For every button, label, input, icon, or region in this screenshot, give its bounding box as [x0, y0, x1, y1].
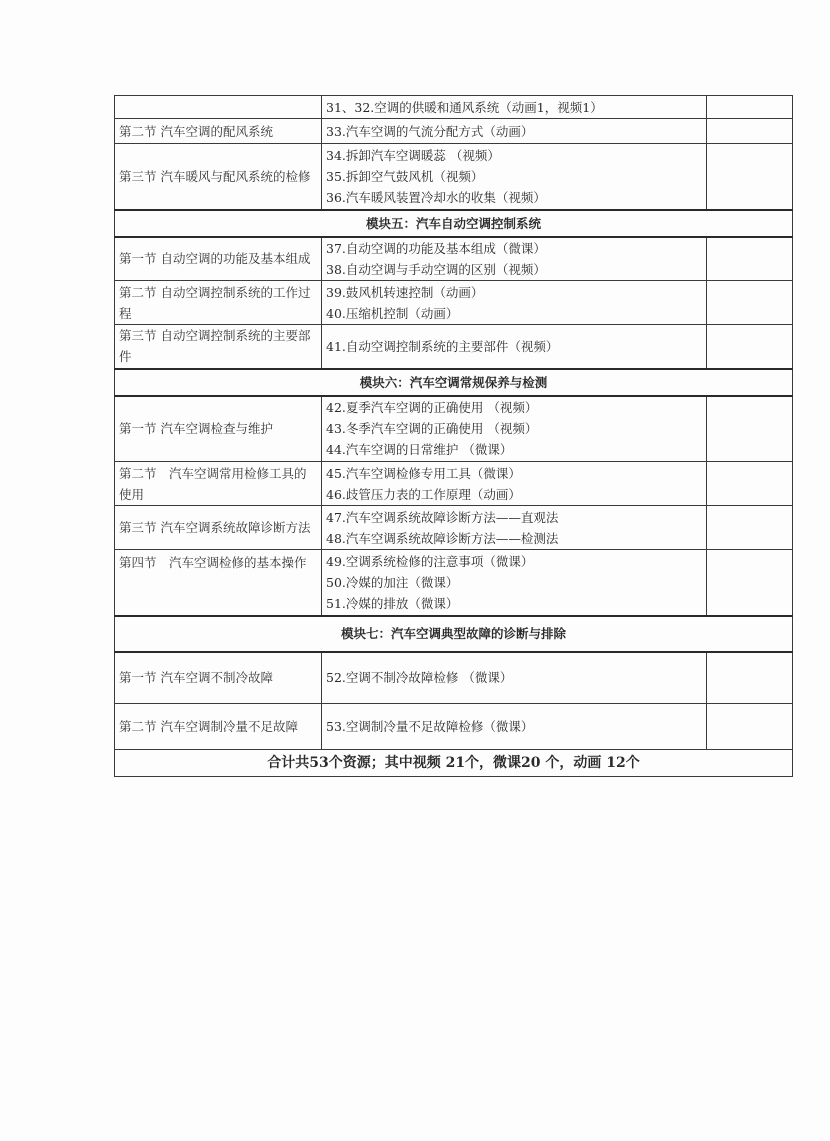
- blank-cell: [707, 119, 793, 144]
- section-cell: 第三节 汽车暖风与配风系统的检修: [115, 144, 322, 210]
- resource-cell: 53.空调制冷量不足故障检修（微课）: [322, 704, 707, 750]
- resource-cell: 52.空调不制冷故障检修 （微课）: [322, 652, 707, 704]
- resource-item: 39.鼓风机转速控制（动画）: [326, 282, 702, 303]
- section-cell: 第二节 自动空调控制系统的工作过程: [115, 281, 322, 325]
- blank-cell: [707, 550, 793, 616]
- resource-cell: 31、32.空调的供暖和通风系统（动画1，视频1）: [322, 96, 707, 119]
- section-cell: 第一节 汽车空调不制冷故障: [115, 652, 322, 704]
- blank-cell: [707, 506, 793, 550]
- section-cell: 第二节 汽车空调的配风系统: [115, 119, 322, 144]
- module-title: 模块六：汽车空调常规保养与检测: [115, 369, 793, 396]
- resource-item: 53.空调制冷量不足故障检修（微课）: [326, 716, 702, 737]
- resource-item: 38.自动空调与手动空调的区别（视频）: [326, 259, 702, 280]
- resource-item: 34.拆卸汽车空调暖蕊 （视频）: [326, 145, 702, 166]
- resource-item: 46.歧管压力表的工作原理（动画）: [326, 484, 702, 505]
- section-cell: 第一节 汽车空调检查与维护: [115, 396, 322, 462]
- module-header-row: 模块七：汽车空调典型故障的诊断与排除: [115, 616, 793, 652]
- total-summary: 合计共53个资源；其中视频 21个，微课20 个，动画 12个: [115, 750, 793, 777]
- section-cell: [115, 96, 322, 119]
- resource-item: 40.压缩机控制（动画）: [326, 303, 702, 324]
- table-row: 第三节 汽车暖风与配风系统的检修 34.拆卸汽车空调暖蕊 （视频） 35.拆卸空…: [115, 144, 793, 210]
- resource-cell: 34.拆卸汽车空调暖蕊 （视频） 35.拆卸空气鼓风机（视频） 36.汽车暖风装…: [322, 144, 707, 210]
- resource-cell: 42.夏季汽车空调的正确使用 （视频） 43.冬季汽车空调的正确使用 （视频） …: [322, 396, 707, 462]
- blank-cell: [707, 325, 793, 369]
- resource-cell: 41.自动空调控制系统的主要部件（视频）: [322, 325, 707, 369]
- resource-item: 45.汽车空调检修专用工具（微课）: [326, 463, 702, 484]
- resource-item: 33.汽车空调的气流分配方式（动画）: [326, 121, 702, 142]
- module-header-row: 模块六：汽车空调常规保养与检测: [115, 369, 793, 396]
- blank-cell: [707, 462, 793, 506]
- resource-table: 31、32.空调的供暖和通风系统（动画1，视频1） 第二节 汽车空调的配风系统 …: [114, 95, 793, 777]
- resource-cell: 47.汽车空调系统故障诊断方法——直观法 48.汽车空调系统故障诊断方法——检测…: [322, 506, 707, 550]
- blank-cell: [707, 96, 793, 119]
- table-row: 第二节 汽车空调常用检修工具的使用 45.汽车空调检修专用工具（微课） 46.歧…: [115, 462, 793, 506]
- resource-item: 35.拆卸空气鼓风机（视频）: [326, 166, 702, 187]
- blank-cell: [707, 281, 793, 325]
- table-row: 第一节 汽车空调不制冷故障 52.空调不制冷故障检修 （微课）: [115, 652, 793, 704]
- total-row: 合计共53个资源；其中视频 21个，微课20 个，动画 12个: [115, 750, 793, 777]
- resource-cell: 45.汽车空调检修专用工具（微课） 46.歧管压力表的工作原理（动画）: [322, 462, 707, 506]
- resource-cell: 49.空调系统检修的注意事项（微课） 50.冷媒的加注（微课） 51.冷媒的排放…: [322, 550, 707, 616]
- module-title: 模块七：汽车空调典型故障的诊断与排除: [115, 616, 793, 652]
- resource-item: 51.冷媒的排放（微课）: [326, 593, 702, 614]
- module-header-row: 模块五：汽车自动空调控制系统: [115, 210, 793, 237]
- resource-item: 41.自动空调控制系统的主要部件（视频）: [326, 336, 702, 357]
- section-cell: 第二节 汽车空调制冷量不足故障: [115, 704, 322, 750]
- table-row: 第三节 自动空调控制系统的主要部件 41.自动空调控制系统的主要部件（视频）: [115, 325, 793, 369]
- resource-item: 47.汽车空调系统故障诊断方法——直观法: [326, 507, 702, 528]
- table-row: 第二节 汽车空调制冷量不足故障 53.空调制冷量不足故障检修（微课）: [115, 704, 793, 750]
- table-row: 第三节 汽车空调系统故障诊断方法 47.汽车空调系统故障诊断方法——直观法 48…: [115, 506, 793, 550]
- resource-cell: 33.汽车空调的气流分配方式（动画）: [322, 119, 707, 144]
- table-row: 第一节 汽车空调检查与维护 42.夏季汽车空调的正确使用 （视频） 43.冬季汽…: [115, 396, 793, 462]
- blank-cell: [707, 704, 793, 750]
- blank-cell: [707, 652, 793, 704]
- table-row: 第一节 自动空调的功能及基本组成 37.自动空调的功能及基本组成（微课） 38.…: [115, 237, 793, 281]
- table-row: 31、32.空调的供暖和通风系统（动画1，视频1）: [115, 96, 793, 119]
- resource-item: 50.冷媒的加注（微课）: [326, 572, 702, 593]
- resource-item: 37.自动空调的功能及基本组成（微课）: [326, 238, 702, 259]
- section-cell: 第二节 汽车空调常用检修工具的使用: [115, 462, 322, 506]
- resource-item: 42.夏季汽车空调的正确使用 （视频）: [326, 397, 702, 418]
- table-row: 第四节 汽车空调检修的基本操作 49.空调系统检修的注意事项（微课） 50.冷媒…: [115, 550, 793, 616]
- module-title: 模块五：汽车自动空调控制系统: [115, 210, 793, 237]
- resource-item: 44.汽车空调的日常维护 （微课）: [326, 439, 702, 460]
- blank-cell: [707, 396, 793, 462]
- resource-item: 52.空调不制冷故障检修 （微课）: [326, 667, 702, 688]
- resource-cell: 39.鼓风机转速控制（动画） 40.压缩机控制（动画）: [322, 281, 707, 325]
- section-cell: 第四节 汽车空调检修的基本操作: [115, 550, 322, 616]
- resource-item: 36.汽车暖风装置冷却水的收集（视频）: [326, 187, 702, 208]
- resource-item: 43.冬季汽车空调的正确使用 （视频）: [326, 418, 702, 439]
- blank-cell: [707, 237, 793, 281]
- table-row: 第二节 自动空调控制系统的工作过程 39.鼓风机转速控制（动画） 40.压缩机控…: [115, 281, 793, 325]
- table-row: 第二节 汽车空调的配风系统 33.汽车空调的气流分配方式（动画）: [115, 119, 793, 144]
- blank-cell: [707, 144, 793, 210]
- resource-cell: 37.自动空调的功能及基本组成（微课） 38.自动空调与手动空调的区别（视频）: [322, 237, 707, 281]
- resource-item: 49.空调系统检修的注意事项（微课）: [326, 551, 702, 572]
- section-cell: 第三节 汽车空调系统故障诊断方法: [115, 506, 322, 550]
- resource-item: 31、32.空调的供暖和通风系统（动画1，视频1）: [326, 97, 702, 118]
- resource-item: 48.汽车空调系统故障诊断方法——检测法: [326, 528, 702, 549]
- section-cell: 第一节 自动空调的功能及基本组成: [115, 237, 322, 281]
- section-cell: 第三节 自动空调控制系统的主要部件: [115, 325, 322, 369]
